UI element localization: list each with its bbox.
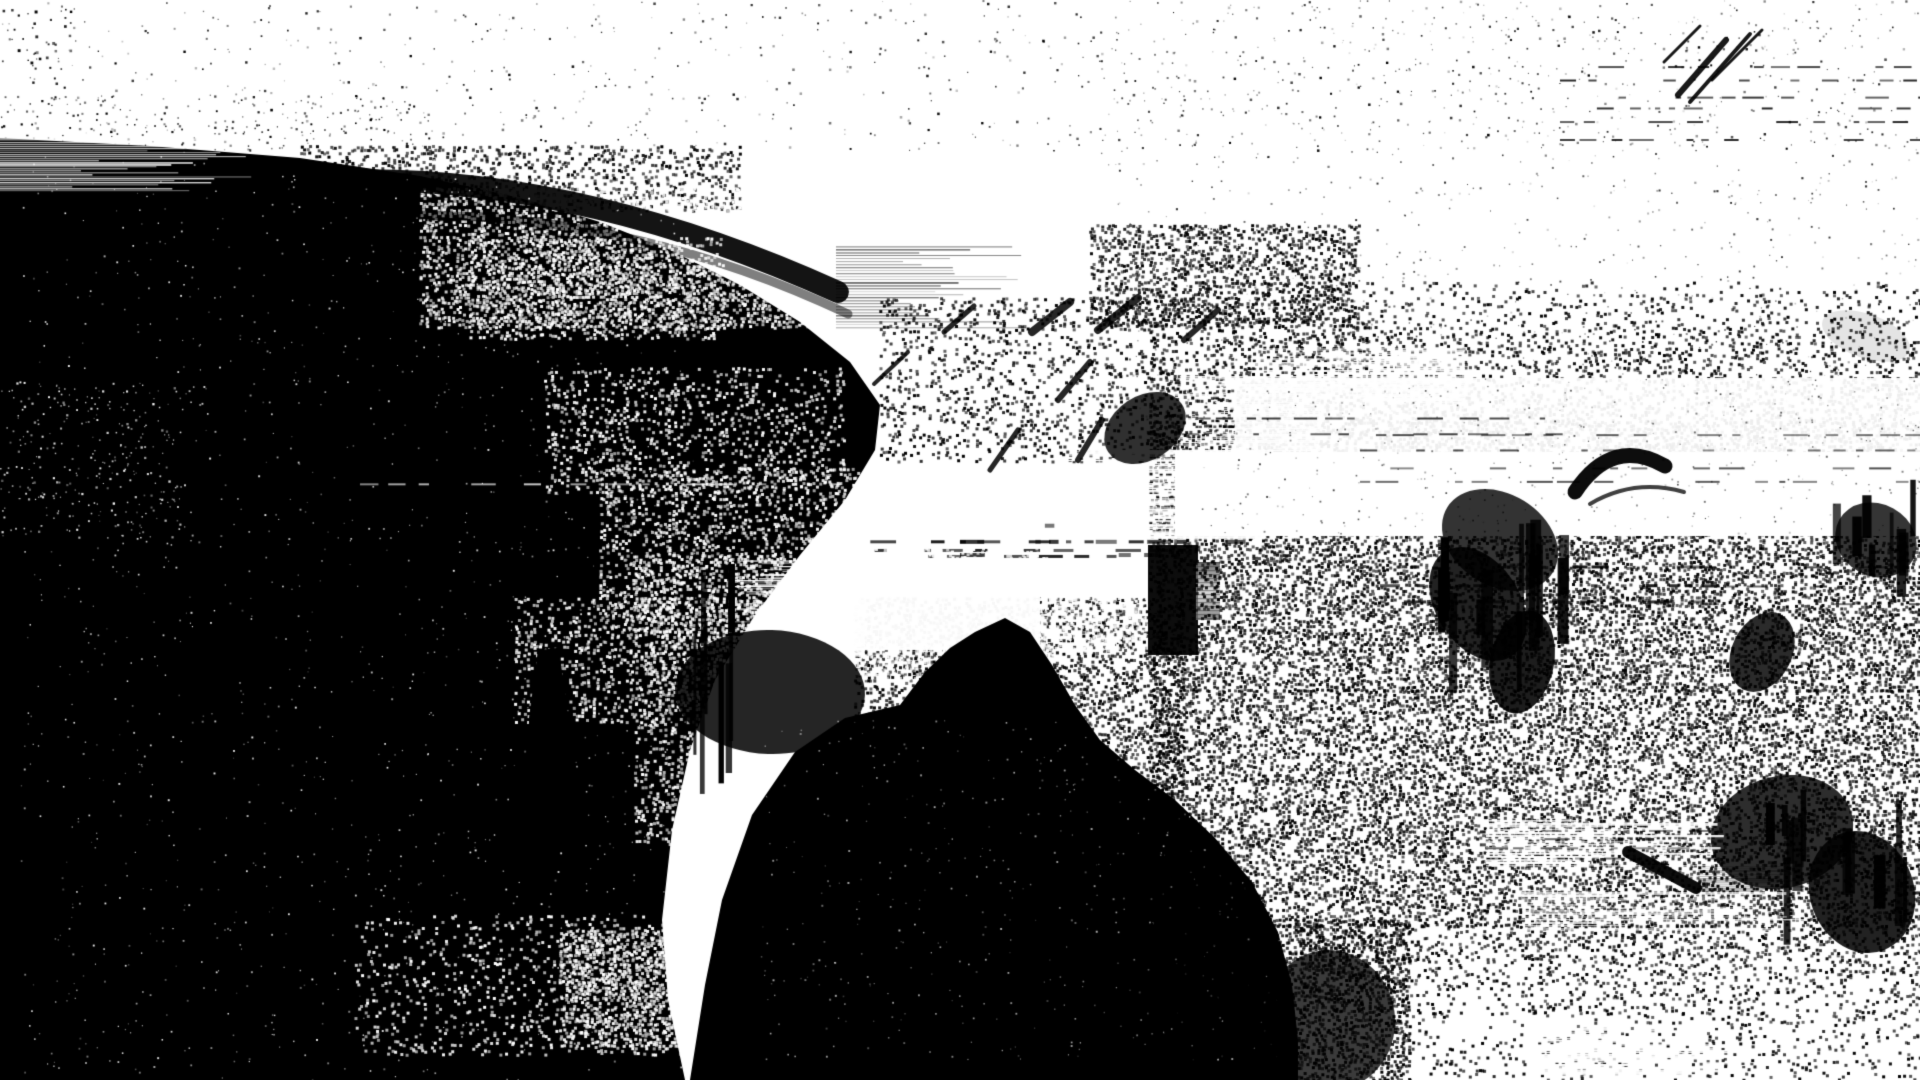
screenshot-root <box>0 0 1920 1080</box>
glitch-artwork <box>0 0 1920 1080</box>
glitch-artwork-canvas <box>0 0 1920 1080</box>
